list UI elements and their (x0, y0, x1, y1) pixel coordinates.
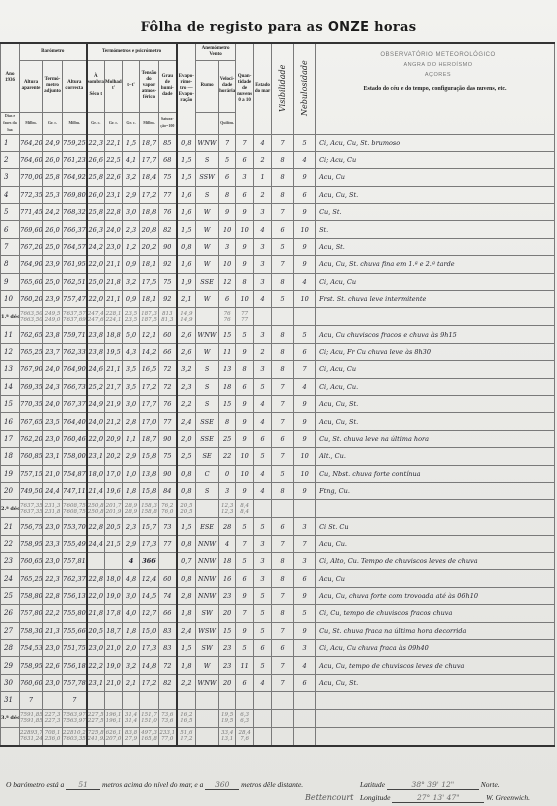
summary-cell: 83,827,9 (123, 727, 140, 746)
day-cell: 27 (1, 622, 20, 639)
alt-cell: 764,60 (20, 151, 43, 168)
vel-cell: 18 (219, 553, 236, 570)
sky-state-cell: Cu, St. chuva fraca na última hora decor… (316, 622, 555, 639)
alt-cell: 758,95 (20, 657, 43, 674)
nebul-cell: 7 (294, 535, 316, 552)
sky-state-cell: Acu, Cu, St. chuva fina em 1.ª e 2.ª tar… (316, 256, 555, 273)
summary-cell: 7663,507663,50 (20, 308, 43, 326)
alt-cell: 762,20 (20, 430, 43, 447)
tens-cell: 12,7 (140, 605, 159, 622)
evap-cell: 2,0 (177, 430, 196, 447)
seco-cell: 22,0 (87, 430, 105, 447)
summary-cell: 7777 (236, 308, 254, 326)
summary-cell: 16,216,5 (177, 709, 196, 727)
molh-cell: 20,5 (105, 518, 123, 535)
day-cell: 26 (1, 605, 20, 622)
tadj-cell: 23,9 (43, 291, 63, 308)
rumo-cell: WSW (196, 622, 219, 639)
seco-cell: 22,0 (87, 587, 105, 604)
diff-cell: 3,2 (123, 273, 140, 290)
seco-cell: 18,0 (87, 465, 105, 482)
apparent-height-header: Altura aparente (20, 60, 43, 112)
tens-cell: 16,5 (140, 361, 159, 378)
alt-cell: 767,20 (20, 238, 43, 255)
mar-cell: 2 (254, 151, 272, 168)
evap-cell: 1,6 (177, 186, 196, 203)
tens-cell (140, 692, 159, 709)
molh-cell (105, 553, 123, 570)
nebul-cell: 9 (294, 238, 316, 255)
mar-cell: 5 (254, 518, 272, 535)
vis-cell: 7 (272, 256, 294, 273)
sky-state-cell: Acu, Cu, chuva forte com trovoada até às… (316, 587, 555, 604)
evap-cell: 2,6 (177, 326, 196, 343)
summary-cell: 28,928,9 (123, 500, 140, 518)
vel-cell: 0 (219, 465, 236, 482)
mar-cell: 2 (254, 186, 272, 203)
hum-cell: 82 (159, 221, 177, 238)
hum-cell: 84 (159, 482, 177, 499)
diff-cell: 4,1 (123, 151, 140, 168)
neb-cell: 9 (236, 482, 254, 499)
day-cell: 9 (1, 273, 20, 290)
summary-cell: 626,1207,0 (105, 727, 123, 746)
seco-cell: 24,9 (87, 395, 105, 412)
table-row: 27758,3021,3755,6620,518,71,815,0832,4WS… (1, 622, 555, 639)
unit-vel: Quilóm. (219, 112, 236, 134)
neb-cell: 11 (236, 657, 254, 674)
tens-cell: 17,2 (140, 674, 159, 691)
corr-cell: 764,57 (63, 238, 87, 255)
corr-cell: 761,95 (63, 256, 87, 273)
sky-state-cell: Acu, Cu, tempo de chuviscos leves de chu… (316, 657, 555, 674)
summary-cell: 19,519,5 (219, 709, 236, 727)
summary-cell (196, 500, 219, 518)
neb-cell: 9 (236, 395, 254, 412)
summary-cell: 51,617,2 (177, 727, 196, 746)
tadj-cell: 24,4 (43, 482, 63, 499)
seco-cell (87, 553, 105, 570)
evaporimeter-header: Evapo-ríme-tro — Evapo-ração (177, 43, 196, 134)
sky-state-cell: Acu, St. (316, 238, 555, 255)
rumo-cell: NNW (196, 535, 219, 552)
mar-cell: 3 (254, 256, 272, 273)
day-cell: 13 (1, 361, 20, 378)
nebul-cell: 9 (294, 256, 316, 273)
neb-cell (236, 692, 254, 709)
seco-cell: 26,3 (87, 221, 105, 238)
hum-cell: 74 (159, 587, 177, 604)
diff-cell: 3,0 (123, 395, 140, 412)
summary-cell: 6,36,3 (236, 709, 254, 727)
day-cell: 19 (1, 465, 20, 482)
vis-cell: 5 (272, 238, 294, 255)
diff-cell: 4,0 (123, 605, 140, 622)
neb-cell: 9 (236, 413, 254, 430)
neb-cell: 7 (236, 134, 254, 151)
summary-cell: 22893,707631,24 (20, 727, 43, 746)
nebul-cell: 9 (294, 587, 316, 604)
sky-state-cell: St. (316, 221, 555, 238)
tens-cell: 18,7 (140, 134, 159, 151)
corr-cell: 755,49 (63, 535, 87, 552)
rumo-cell: W (196, 343, 219, 360)
alt-cell: 760,65 (20, 553, 43, 570)
mar-cell: 3 (254, 273, 272, 290)
day-cell: 18 (1, 448, 20, 465)
tadj-cell: 23,0 (43, 674, 63, 691)
tens-cell: 15,0 (140, 622, 159, 639)
tadj-cell: 25,3 (43, 186, 63, 203)
neb-cell: 9 (236, 204, 254, 221)
mar-cell: 4 (254, 674, 272, 691)
mar-cell: 3 (254, 570, 272, 587)
summary-cell: 249,5249,0 (43, 308, 63, 326)
nebul-cell: 5 (294, 605, 316, 622)
day-cell: 29 (1, 657, 20, 674)
vapor-tension-header: Tensão do vapor atmos-férico (140, 60, 159, 112)
alt-cell: 765,25 (20, 343, 43, 360)
tens-cell: 14,5 (140, 587, 159, 604)
day-cell: 17 (1, 430, 20, 447)
nebul-cell: 9 (294, 169, 316, 186)
molh-cell: 17,8 (105, 605, 123, 622)
mar-cell: 2 (254, 343, 272, 360)
nebul-cell: 9 (294, 395, 316, 412)
hum-cell: 73 (159, 518, 177, 535)
evap-cell: 1,5 (177, 640, 196, 657)
day-cell: 15 (1, 395, 20, 412)
tens-cell: 15,7 (140, 518, 159, 535)
alt-cell: 764,90 (20, 256, 43, 273)
corr-cell: 762,51 (63, 273, 87, 290)
molh-cell: 21,8 (105, 273, 123, 290)
nebul-cell: 9 (294, 622, 316, 639)
neb-cell: 5 (236, 326, 254, 343)
hum-cell: 66 (159, 605, 177, 622)
corr-cell: 761,23 (63, 151, 87, 168)
evap-cell: 0,8 (177, 134, 196, 151)
seco-cell: 23,1 (87, 674, 105, 691)
summary-cell: 708,1236,0 (43, 727, 63, 746)
sky-state-header: Estado do céu e do tempo, configuração d… (316, 43, 555, 134)
evap-cell (177, 692, 196, 709)
table-row: 2764,6026,0761,2326,622,54,117,7681,5S56… (1, 151, 555, 168)
sky-state-cell: Ci, Acu, Cu (316, 273, 555, 290)
evap-cell: 2,2 (177, 674, 196, 691)
summary-cell: 73,673,6 (159, 709, 177, 727)
tadj-cell: 24,2 (43, 204, 63, 221)
summary-cell: 33,413,1 (219, 727, 236, 746)
summary-cell (272, 500, 294, 518)
vel-cell: 10 (219, 256, 236, 273)
tadj-cell: 23,0 (43, 640, 63, 657)
alt-cell: 772,35 (20, 186, 43, 203)
day-cell: 11 (1, 326, 20, 343)
summary-cell: 14,914,9 (177, 308, 196, 326)
neb-cell: 8 (236, 273, 254, 290)
vis-cell: 8 (272, 605, 294, 622)
table-row: 5771,4524,2768,3225,822,83,018,8761,6W99… (1, 204, 555, 221)
tadj-cell (43, 692, 63, 709)
diff-cell: 2,1 (123, 674, 140, 691)
nebul-cell: 6 (294, 343, 316, 360)
table-row: 1764,2024,9759,2522,322,11,518,7850,8WNW… (1, 134, 555, 151)
tens-cell: 18,4 (140, 169, 159, 186)
vis-cell: 7 (272, 535, 294, 552)
hum-cell: 77 (159, 413, 177, 430)
latitude-line: Latitude 38° 39' 12" Norte. (360, 780, 500, 790)
summary-cell: 231,3231,8 (43, 500, 63, 518)
alt-cell: 765,60 (20, 273, 43, 290)
nebul-cell: 6 (294, 674, 316, 691)
day-cell: 1 (1, 134, 20, 151)
summary-cell (254, 500, 272, 518)
sky-state-cell: Ci, Acu, Cu. (316, 378, 555, 395)
diff-cell: 4,8 (123, 570, 140, 587)
tadj-cell: 26,0 (43, 221, 63, 238)
neb-cell: 6 (236, 570, 254, 587)
day-cell: 12 (1, 343, 20, 360)
vel-cell: 12 (219, 273, 236, 290)
alt-cell: 757,15 (20, 465, 43, 482)
unit-tensao: Millm. (140, 112, 159, 134)
table-row: 14769,3524,3766,7325,221,73,517,2722,3S1… (1, 378, 555, 395)
hum-cell: 68 (159, 151, 177, 168)
summary-cell (272, 308, 294, 326)
seco-cell: 22,0 (87, 291, 105, 308)
rumo-cell: W (196, 256, 219, 273)
seco-cell (87, 692, 105, 709)
evap-cell: 0,8 (177, 535, 196, 552)
rumo-cell: W (196, 221, 219, 238)
summary-cell: 497,3165,8 (140, 727, 159, 746)
neb-cell: 6 (236, 186, 254, 203)
summary-cell: 250,8250,8 (87, 500, 105, 518)
dry-header: À sombraSêco t (87, 60, 105, 112)
mar-cell: 5 (254, 587, 272, 604)
visibility-header: Visibilidade (272, 43, 294, 134)
day-cell: 28 (1, 640, 20, 657)
vis-cell: 6 (272, 221, 294, 238)
molh-cell: 21,7 (105, 378, 123, 395)
day-cell: 30 (1, 674, 20, 691)
day-cell: 23 (1, 553, 20, 570)
sky-state-cell: Ci, Alto, Cu. Tempo de chuviscos leves d… (316, 553, 555, 570)
summary-cell: 158,3158,8 (140, 500, 159, 518)
table-row: 13767,9024,0764,9024,621,13,516,5723,2S1… (1, 361, 555, 378)
anemometer-header: AnemómetroVento (196, 43, 236, 60)
sky-state-cell: Acu, Cu, St. (316, 395, 555, 412)
evap-cell: 1,9 (177, 273, 196, 290)
table-row: 17762,2023,0760,4622,020,91,118,7902,0SS… (1, 430, 555, 447)
alt-cell: 760,60 (20, 674, 43, 691)
neb-cell: 5 (236, 640, 254, 657)
day-cell: 10 (1, 291, 20, 308)
hum-cell: 90 (159, 238, 177, 255)
evap-cell: 1,8 (177, 657, 196, 674)
observer-signature: Bettencourt (305, 793, 353, 802)
rumo-cell: SSE (196, 413, 219, 430)
tens-cell: 12,1 (140, 326, 159, 343)
table-row: 24765,2522,3762,3722,818,04,812,4600,8NN… (1, 570, 555, 587)
alt-cell: 749,50 (20, 482, 43, 499)
vel-cell: 15 (219, 326, 236, 343)
decade-label: 3.ª década (1, 709, 20, 727)
tadj-cell: 25,0 (43, 273, 63, 290)
register-sheet: Fôlha de registo para as ONZE horas OBSE… (0, 0, 557, 806)
hum-cell (159, 692, 177, 709)
hum-cell: 90 (159, 430, 177, 447)
summary-obs (316, 727, 555, 746)
vel-cell: 13 (219, 361, 236, 378)
table-row: 8764,9023,9761,9522,021,10,918,1921,6W10… (1, 256, 555, 273)
alt-cell: 767,90 (20, 361, 43, 378)
hum-cell: 82 (159, 674, 177, 691)
summary-cell: 7637,357637,35 (20, 500, 43, 518)
mar-cell: 3 (254, 553, 272, 570)
unit-alt2: Millm. (63, 112, 87, 134)
summary-cell: 227,3227,3 (43, 709, 63, 727)
molh-cell: 21,1 (105, 291, 123, 308)
nebul-cell: 10 (294, 465, 316, 482)
summary-cell: 227,5227,5 (87, 709, 105, 727)
seco-cell: 24,0 (87, 413, 105, 430)
tens-cell: 12,4 (140, 570, 159, 587)
barometer-note: O barómetro está a 51 metros acima do ní… (6, 780, 303, 790)
mar-cell: 3 (254, 326, 272, 343)
vel-cell: 23 (219, 587, 236, 604)
summary-cell: 725,8241,93 (87, 727, 105, 746)
summary-cell: 196,1196,1 (105, 709, 123, 727)
day-cell: 21 (1, 518, 20, 535)
seco-cell: 25,2 (87, 378, 105, 395)
sky-state-cell: Ci, Acu, Cu, St. brumoso (316, 134, 555, 151)
evap-cell: 2,5 (177, 448, 196, 465)
table-row: 29758,9522,6756,1822,219,03,214,8721,8W2… (1, 657, 555, 674)
hum-cell: 72 (159, 657, 177, 674)
seco-cell: 25,8 (87, 204, 105, 221)
rumo-cell: S (196, 151, 219, 168)
tadj-cell: 24,3 (43, 378, 63, 395)
hum-cell: 76 (159, 395, 177, 412)
corr-cell: 766,37 (63, 221, 87, 238)
neb-cell: 6 (236, 674, 254, 691)
mar-cell: 4 (254, 413, 272, 430)
molh-cell: 24,0 (105, 221, 123, 238)
tens-cell: 18,1 (140, 291, 159, 308)
hum-cell: 92 (159, 291, 177, 308)
evap-cell: 0,7 (177, 553, 196, 570)
tens-cell: 17,0 (140, 413, 159, 430)
rumo-cell: WNW (196, 674, 219, 691)
corr-cell: 764,40 (63, 413, 87, 430)
seco-cell: 22,2 (87, 657, 105, 674)
vel-cell: 8 (219, 413, 236, 430)
molh-cell: 19,0 (105, 657, 123, 674)
diff-cell: 0,9 (123, 291, 140, 308)
vis-cell: 6 (272, 430, 294, 447)
molh-cell: 22,8 (105, 204, 123, 221)
vis-cell: 6 (272, 640, 294, 657)
table-row: 19757,1521,0754,8718,017,01,013,8900,8C0… (1, 465, 555, 482)
day-header: Dias e fases da lua (1, 112, 20, 134)
tadj-cell: 22,8 (43, 587, 63, 604)
rumo-cell: NNW (196, 587, 219, 604)
neb-cell: 7 (236, 605, 254, 622)
hum-cell: 92 (159, 256, 177, 273)
mar-cell: 5 (254, 605, 272, 622)
summary-cell (294, 727, 316, 746)
rumo-cell: S (196, 482, 219, 499)
unit-alt: Millm. (20, 112, 43, 134)
summary-cell: 20,520,5 (177, 500, 196, 518)
evap-cell: 2,1 (177, 291, 196, 308)
day-cell: 14 (1, 378, 20, 395)
mar-cell: 3 (254, 204, 272, 221)
alt-cell: 765,25 (20, 570, 43, 587)
diff-cell: 1,1 (123, 430, 140, 447)
nebul-cell: 4 (294, 151, 316, 168)
register-table: Ano 1936 Barómetro Termómetros e psicróm… (0, 42, 555, 747)
diff-cell (123, 692, 140, 709)
vel-cell: 7 (219, 134, 236, 151)
seco-cell: 22,0 (87, 256, 105, 273)
corr-cell: 757,81 (63, 553, 87, 570)
vel-cell: 16 (219, 570, 236, 587)
unit-humid: Satura-ção=100 (159, 112, 177, 134)
summary-cell (196, 709, 219, 727)
rumo-cell: SSE (196, 273, 219, 290)
diff-cell: 2,9 (123, 448, 140, 465)
decade-summary-row: 1.ª década7663,507663,50249,5249,07637,5… (1, 308, 555, 326)
day-cell: 20 (1, 482, 20, 499)
mar-cell: 3 (254, 361, 272, 378)
nebul-cell (294, 692, 316, 709)
tens-cell: 13,8 (140, 465, 159, 482)
alt-cell: 756,75 (20, 518, 43, 535)
sea-state-header: Estado do mar (254, 43, 272, 134)
corr-cell: 751,75 (63, 640, 87, 657)
table-row: 3177 (1, 692, 555, 709)
nebul-cell: 9 (294, 413, 316, 430)
table-row: 15770,3524,0767,3724,921,93,017,7762,2S1… (1, 395, 555, 412)
summary-cell: 22810,207603,35 (63, 727, 87, 746)
molh-cell: 21,9 (105, 395, 123, 412)
table-row: 28754,5323,0751,7523,021,02,017,3831,5SW… (1, 640, 555, 657)
vis-cell: 7 (272, 674, 294, 691)
neb-cell: 7 (236, 535, 254, 552)
seco-cell: 22,3 (87, 134, 105, 151)
diff-cell: 4 (123, 553, 140, 570)
summary-cell: 81381,3 (159, 308, 177, 326)
seco-cell: 20,5 (87, 622, 105, 639)
summary-cell (294, 709, 316, 727)
evap-cell: 0,8 (177, 465, 196, 482)
mar-cell: 4 (254, 291, 272, 308)
neb-cell: 10 (236, 221, 254, 238)
vis-cell: 8 (272, 151, 294, 168)
mar-cell: 3 (254, 238, 272, 255)
vis-cell: 7 (272, 622, 294, 639)
rumo-cell: SSE (196, 430, 219, 447)
vel-cell: 23 (219, 657, 236, 674)
mar-cell: 4 (254, 221, 272, 238)
tens-cell: 17,7 (140, 151, 159, 168)
molh-cell: 21,0 (105, 674, 123, 691)
vis-cell: 7 (272, 395, 294, 412)
page-title: Fôlha de registo para as ONZE horas (0, 20, 557, 35)
